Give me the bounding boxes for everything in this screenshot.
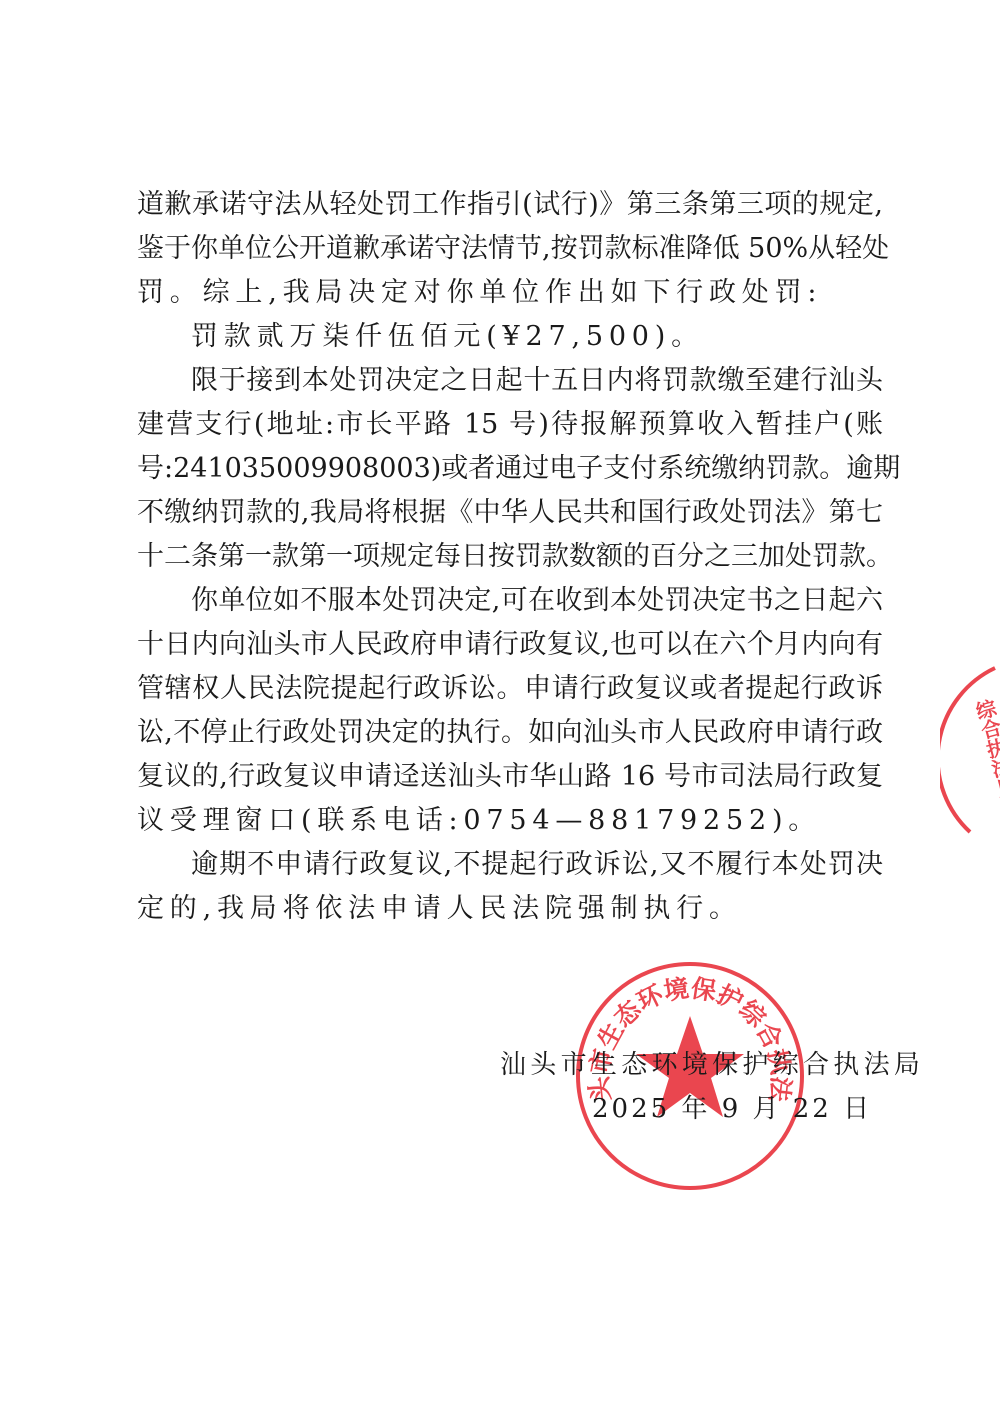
fine-amount-line: 罚款贰万柒仟伍佰元(¥27,500)。 <box>137 315 887 359</box>
text-line: 罚。综上,我局决定对你单位作出如下行政处罚: <box>137 271 887 315</box>
signature-block: 汕头市生态环境保护综合执法局 2025 年 9 月 22 日 <box>500 1043 880 1131</box>
issuing-organization: 汕头市生态环境保护综合执法局 <box>500 1043 880 1087</box>
partial-seal-stamp: 综合执法局 <box>940 660 1000 840</box>
text-line: 十二条第一款第一项规定每日按罚款数额的百分之三加处罚款。 <box>137 535 883 579</box>
document-page: 道歉承诺守法从轻处罚工作指引(试行)》第三条第三项的规定, 鉴于你单位公开道歉承… <box>0 0 1000 1414</box>
text-line: 你单位如不服本处罚决定,可在收到本处罚决定书之日起六 <box>137 579 883 623</box>
text-line: 定的,我局将依法申请人民法院强制执行。 <box>137 887 887 931</box>
issue-date: 2025 年 9 月 22 日 <box>500 1087 880 1131</box>
text-line: 限于接到本处罚决定之日起十五日内将罚款缴至建行汕头 <box>137 359 883 403</box>
text-line: 鉴于你单位公开道歉承诺守法情节,按罚款标准降低 50%从轻处 <box>137 227 883 271</box>
text-line: 十日内向汕头市人民政府申请行政复议,也可以在六个月内向有 <box>137 623 883 667</box>
text-line: 不缴纳罚款的,我局将根据《中华人民共和国行政处罚法》第七 <box>137 491 883 535</box>
document-body: 道歉承诺守法从轻处罚工作指引(试行)》第三条第三项的规定, 鉴于你单位公开道歉承… <box>137 183 887 931</box>
text-line: 号:241035009908003)或者通过电子支付系统缴纳罚款。逾期 <box>137 447 883 491</box>
text-line: 议受理窗口(联系电话:0754—88179252)。 <box>137 799 887 843</box>
text-line: 讼,不停止行政处罚决定的执行。如向汕头市人民政府申请行政 <box>137 711 883 755</box>
text-line: 逾期不申请行政复议,不提起行政诉讼,又不履行本处罚决 <box>137 843 883 887</box>
text-line: 建营支行(地址:市长平路 15 号)待报解预算收入暂挂户(账 <box>137 403 883 447</box>
text-line: 管辖权人民法院提起行政诉讼。申请行政复议或者提起行政诉 <box>137 667 883 711</box>
text-line: 道歉承诺守法从轻处罚工作指引(试行)》第三条第三项的规定, <box>137 183 883 227</box>
text-line: 复议的,行政复议申请迳送汕头市华山路 16 号市司法局行政复 <box>137 755 883 799</box>
partial-seal-text: 综合执法局 <box>970 696 1000 801</box>
